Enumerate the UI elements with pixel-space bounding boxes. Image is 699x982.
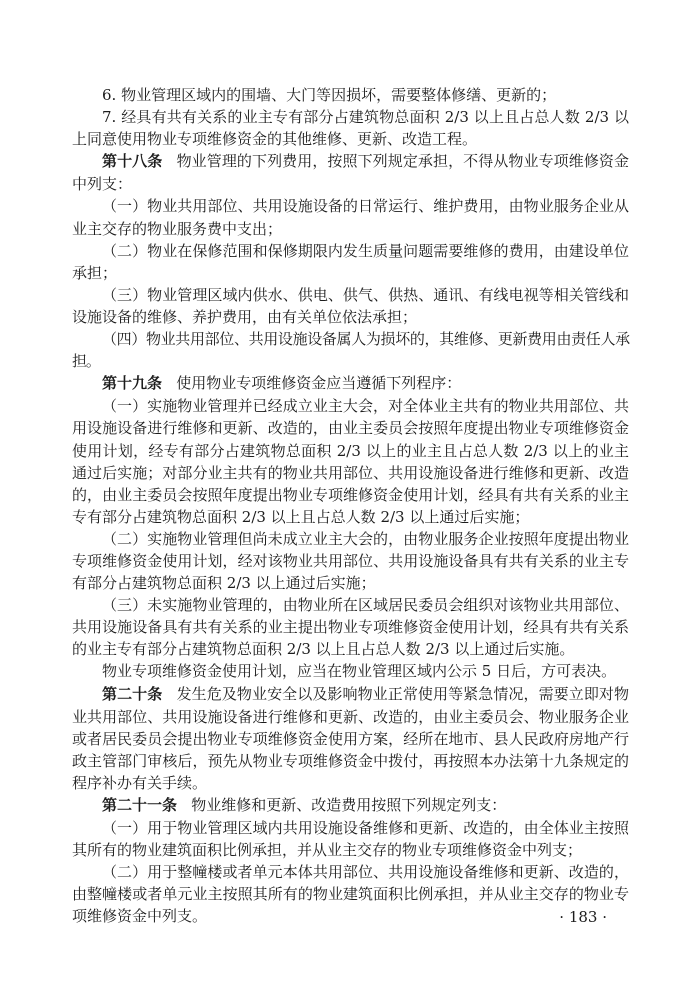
paragraph: （二）物业在保修范围和保修期限内发生质量问题需要维修的费用，由建设单位承担； [72,240,629,284]
paragraph-text: （一）用于物业管理区域内共用设施设备维修和更新、改造的，由全体业主按照其所有的物… [72,819,629,859]
paragraph: （二）用于整幢楼或者单元本体共用部位、共用设施设备维修和更新、改造的，由整幢楼或… [72,861,629,927]
article-number: 第二十条 [102,686,162,703]
paragraph-text: （四）物业共用部位、共用设施设备属人为损坏的，其维修、更新费用由责任人承担。 [72,330,629,370]
article-number: 第十八条 [102,153,162,170]
paragraph-text: 物业维修和更新、改造费用按照下列规定列支： [191,796,506,814]
document-page: 6. 物业管理区域内的围墙、大门等因损坏，需要整体修缮、更新的； 7. 经具有共… [0,0,699,982]
paragraph: （三）物业管理区域内供水、供电、供气、供热、通讯、有线电视等相关管线和设施设备的… [72,284,629,328]
paragraph: 第十八条物业管理的下列费用，按照下列规定承担，不得从物业专项维修资金中列支： [72,150,629,195]
paragraph-text: 6. 物业管理区域内的围墙、大门等因损坏，需要整体修缮、更新的； [102,86,556,104]
paragraph: 物业专项维修资金使用计划，应当在物业管理区域内公示 5 日后，方可表决。 [72,660,629,682]
paragraph-text: （三）未实施物业管理的，由物业所在区域居民委员会组织对该物业共用部位、共用设施设… [72,596,629,658]
paragraph: （一）物业共用部位、共用设施设备的日常运行、维护费用，由物业服务企业从业主交存的… [72,195,629,239]
paragraph: 第二十一条物业维修和更新、改造费用按照下列规定列支： [72,794,629,817]
page-number: · 183 · [559,908,607,926]
paragraph-text: （二）物业在保修范围和保修期限内发生质量问题需要维修的费用，由建设单位承担； [72,242,629,282]
paragraph: 7. 经具有共有关系的业主专有部分占建筑物总面积 2/3 以上且占总人数 2/3… [72,106,629,150]
paragraph: 6. 物业管理区域内的围墙、大门等因损坏，需要整体修缮、更新的； [72,84,629,106]
paragraph: （三）未实施物业管理的，由物业所在区域居民委员会组织对该物业共用部位、共用设施设… [72,594,629,660]
paragraph-text: （二）用于整幢楼或者单元本体共用部位、共用设施设备维修和更新、改造的，由整幢楼或… [72,863,629,925]
paragraph: （四）物业共用部位、共用设施设备属人为损坏的，其维修、更新费用由责任人承担。 [72,328,629,372]
paragraph-text: （二）实施物业管理但尚未成立业主大会的，由物业服务企业按照年度提出物业专项维修资… [72,530,629,592]
paragraph-text: （一）物业共用部位、共用设施设备的日常运行、维护费用，由物业服务企业从业主交存的… [72,197,629,237]
paragraph: （一）用于物业管理区域内共用设施设备维修和更新、改造的，由全体业主按照其所有的物… [72,817,629,861]
paragraph: 第十九条使用物业专项维修资金应当遵循下列程序： [72,372,629,395]
document-body: 6. 物业管理区域内的围墙、大门等因损坏，需要整体修缮、更新的； 7. 经具有共… [72,84,629,928]
paragraph: （二）实施物业管理但尚未成立业主大会的，由物业服务企业按照年度提出物业专项维修资… [72,528,629,594]
paragraph-text: 7. 经具有共有关系的业主专有部分占建筑物总面积 2/3 以上且占总人数 2/3… [72,108,629,148]
paragraph-text: （三）物业管理区域内供水、供电、供气、供热、通讯、有线电视等相关管线和设施设备的… [72,286,629,326]
article-number: 第十九条 [102,375,162,392]
paragraph: （一）实施物业管理并已经成立业主大会，对全体业主共有的物业共用部位、共用设施设备… [72,395,629,528]
paragraph: 第二十条发生危及物业安全以及影响物业正常使用等紧急情况，需要立即对物业共用部位、… [72,683,629,794]
article-number: 第二十一条 [102,797,177,814]
paragraph-text: （一）实施物业管理并已经成立业主大会，对全体业主共有的物业共用部位、共用设施设备… [72,397,629,525]
paragraph-text: 使用物业专项维修资金应当遵循下列程序： [176,374,461,392]
paragraph-text: 物业专项维修资金使用计划，应当在物业管理区域内公示 5 日后，方可表决。 [102,662,616,680]
